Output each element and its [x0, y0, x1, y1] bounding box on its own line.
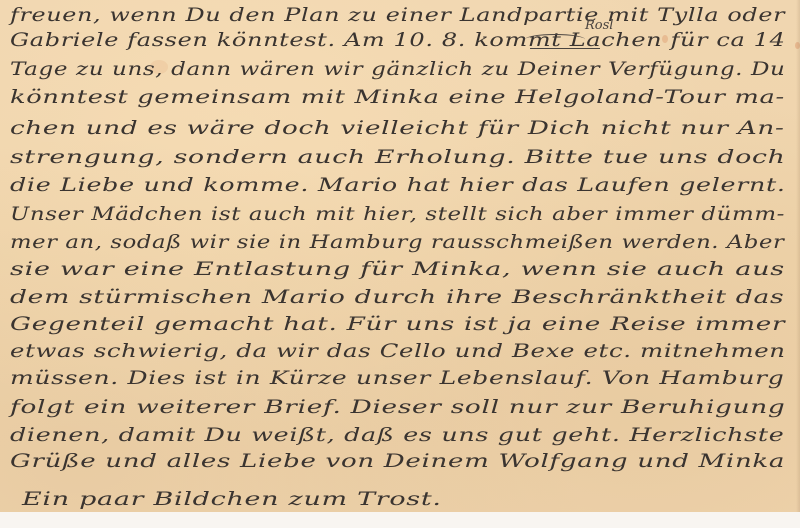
letter-line-9: mer an, sodaß wir sie in Hamburg raussch…	[10, 231, 784, 253]
letter-line-7: die Liebe und komme. Mario hat hier das …	[10, 174, 786, 196]
letter-line-1: freuen, wenn Du den Plan zu einer Landpa…	[10, 4, 785, 26]
letter-line-13: etwas schwierig, da wir das Cello und Be…	[10, 340, 786, 362]
paper-edge	[796, 0, 800, 512]
letter-line-3: Tage zu uns, dann wären wir gänzlich zu …	[10, 58, 785, 80]
letter-page: freuen, wenn Du den Plan zu einer Landpa…	[0, 0, 800, 512]
letter-line-8: Unser Mädchen ist auch mit hier, stellt …	[10, 203, 785, 225]
scan-margin	[0, 512, 800, 528]
letter-line-11: dem stürmischen Mario durch ihre Beschrä…	[10, 286, 784, 308]
letter-line-17: Grüße und alles Liebe von Deinem Wolfgan…	[10, 450, 785, 472]
letter-line-18: Ein paar Bildchen zum Trost.	[22, 488, 442, 510]
letter-line-5: chen und es wäre doch vielleicht für Dic…	[10, 117, 784, 139]
letter-line-15: folgt ein weiterer Brief. Dieser soll nu…	[10, 396, 785, 418]
insertion-word: Rosl	[585, 18, 613, 33]
letter-line-12: Gegenteil gemacht hat. Für uns ist ja ei…	[10, 313, 785, 335]
letter-line-6: strengung, sondern auch Erholung. Bitte …	[10, 146, 786, 168]
letter-line-14: müssen. Dies ist in Kürze unser Lebensla…	[10, 367, 784, 389]
letter-line-2: Gabriele fassen könntest. Am 10. 8. komm…	[10, 29, 785, 51]
insertion-caret	[525, 34, 585, 45]
letter-line-10: sie war eine Entlastung für Minka, wenn …	[10, 258, 785, 280]
letter-line-16: dienen, damit Du weißt, daß es uns gut g…	[10, 424, 784, 446]
underline-stroke	[530, 48, 600, 49]
letter-line-4: könntest gemeinsam mit Minka eine Helgol…	[10, 86, 785, 108]
